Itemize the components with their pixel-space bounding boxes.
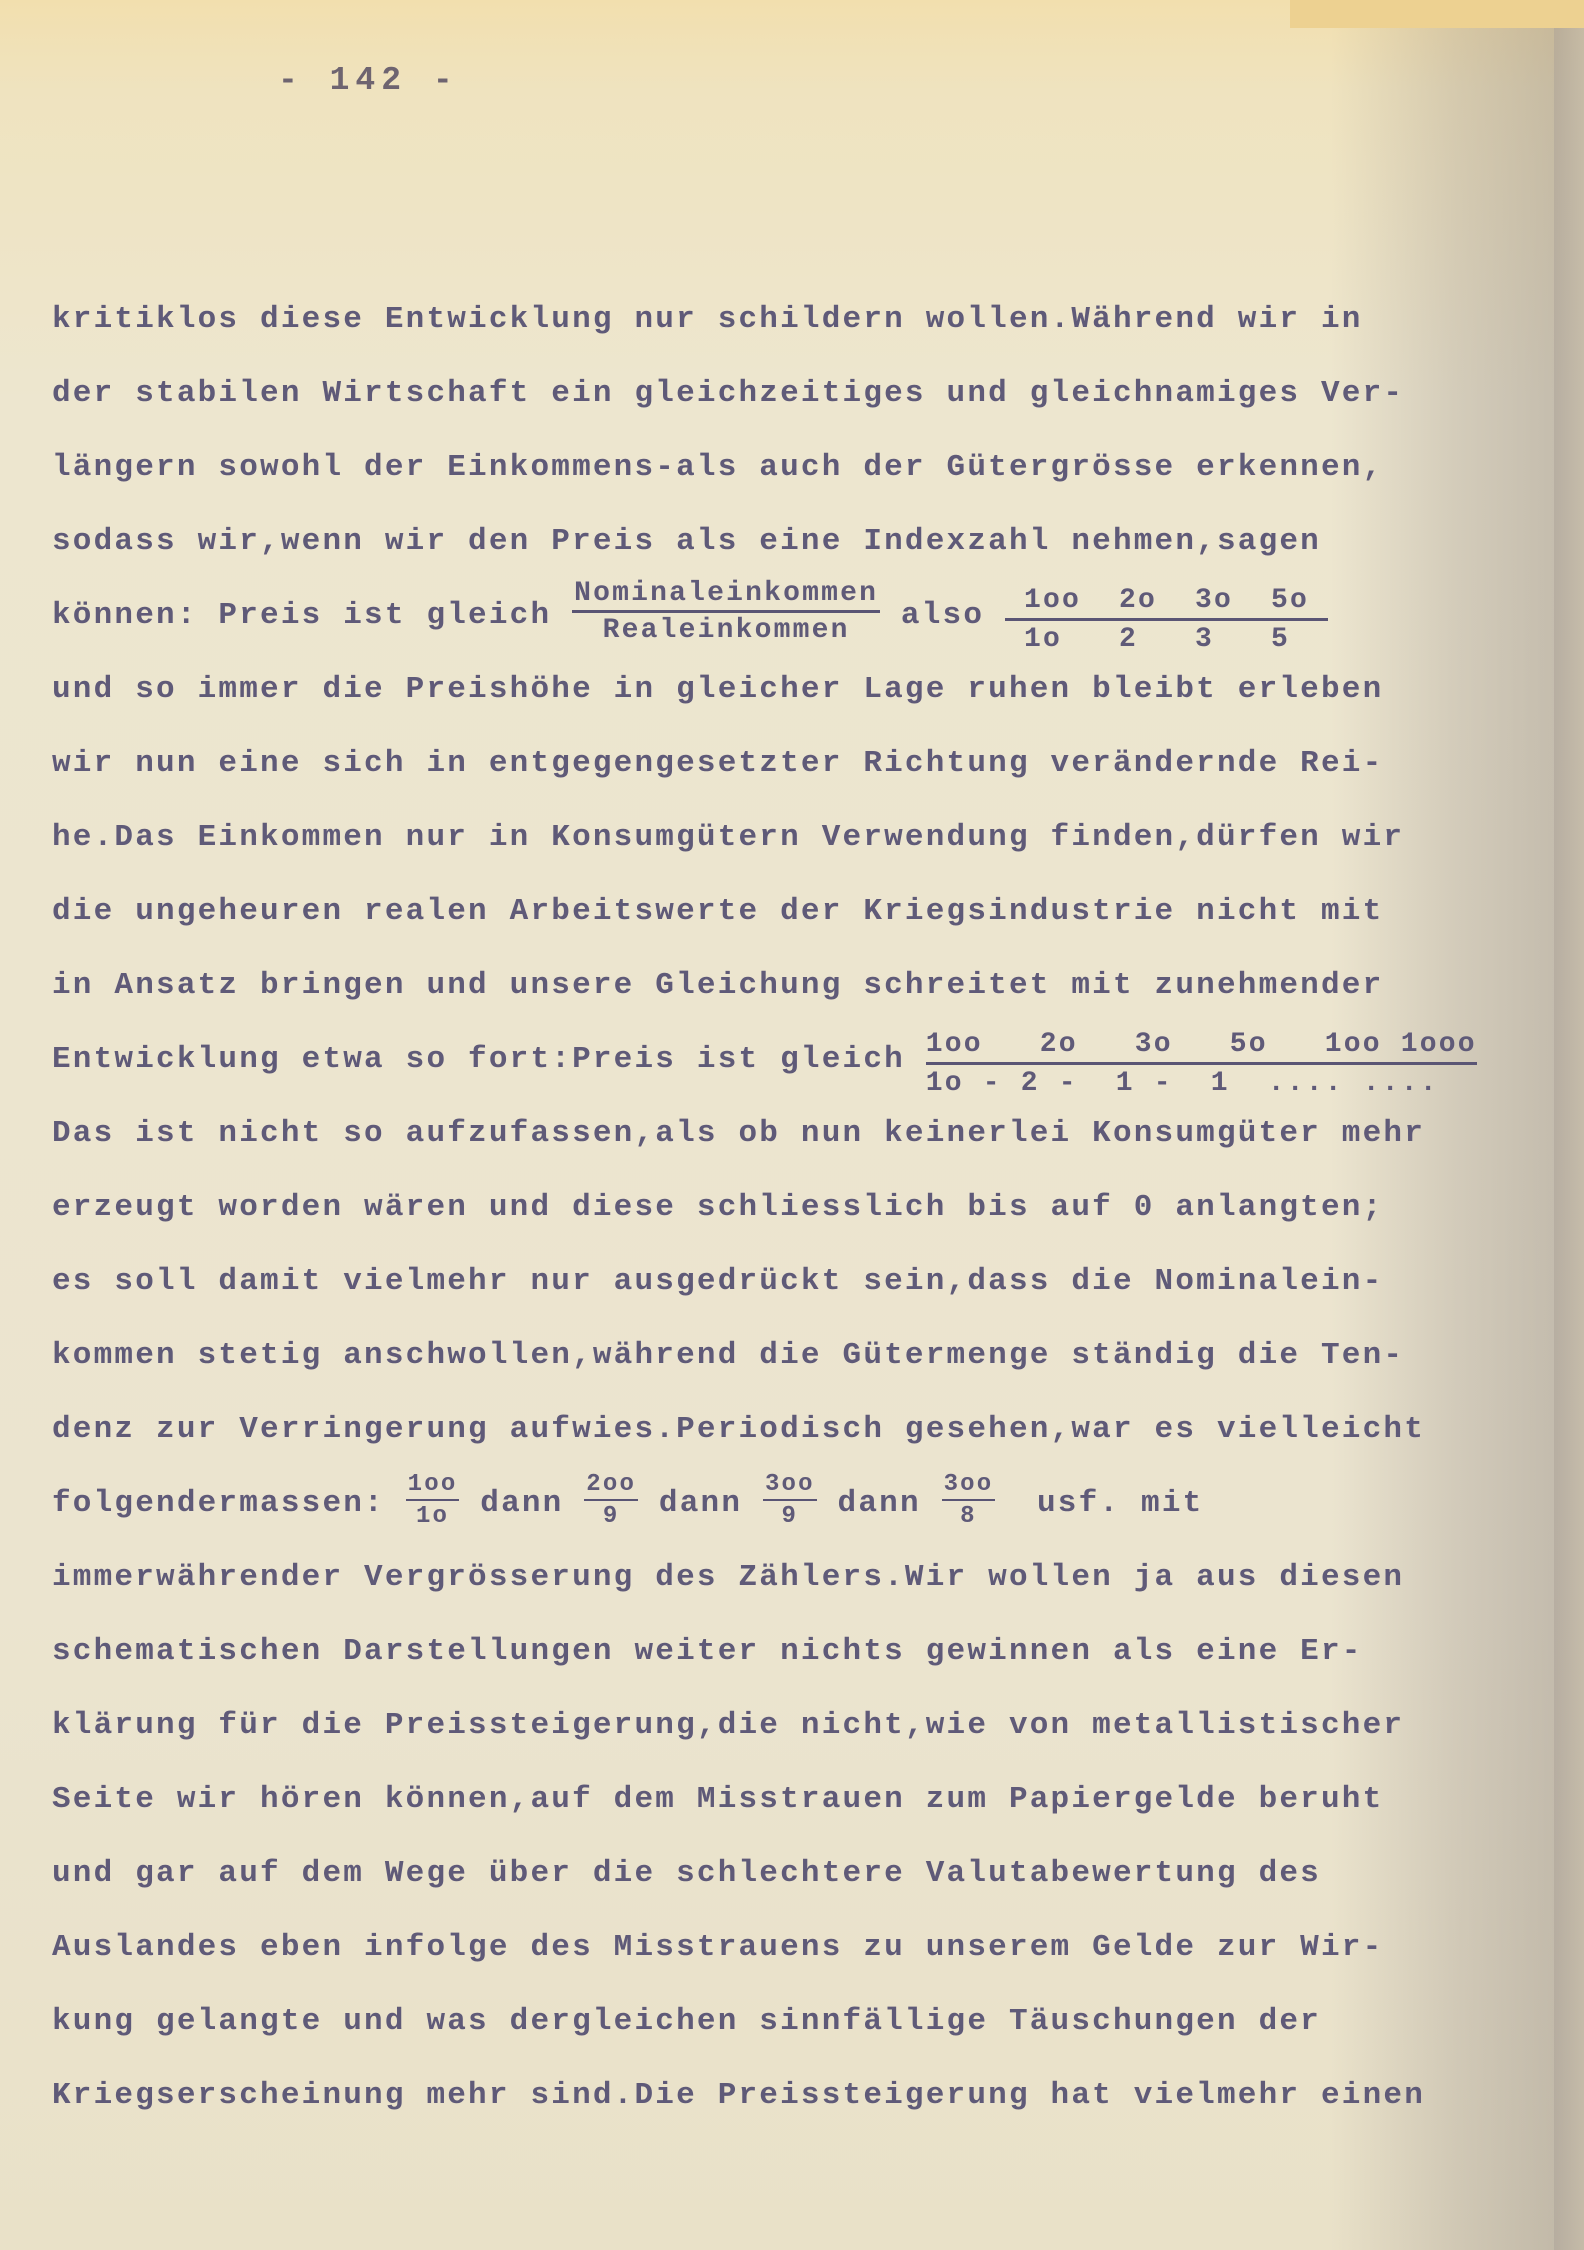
- formula-line-periodic: folgendermassen: 1oo1o dann 2oo9 dann 3o…: [52, 1467, 1532, 1541]
- text-line: immerwährender Vergrösserung des Zählers…: [52, 1541, 1532, 1615]
- fraction-denominator: 8: [942, 1501, 996, 1529]
- text-line: die ungeheuren realen Arbeitswerte der K…: [52, 875, 1532, 949]
- text-line: längern sowohl der Einkommens-als auch d…: [52, 431, 1532, 505]
- page-shadow-edge: [1554, 28, 1584, 2250]
- text-line: sodass wir,wenn wir den Preis als eine I…: [52, 505, 1532, 579]
- formula-connector: also: [880, 598, 1005, 633]
- formula-connector: dann: [817, 1486, 942, 1521]
- fraction-denominator: 1o: [406, 1501, 460, 1529]
- text-line: Kriegserscheinung mehr sind.Die Preisste…: [52, 2059, 1532, 2133]
- text-line: und gar auf dem Wege über die schlechter…: [52, 1837, 1532, 1911]
- document-page: - 142 - kritiklos diese Entwicklung nur …: [0, 0, 1584, 2250]
- scan-edge-band: [1290, 0, 1584, 28]
- page-number: - 142 -: [278, 62, 459, 99]
- fraction-nominal-over-real: NominaleinkommenRealeinkommen: [572, 580, 880, 645]
- formula-prefix: können: Preis ist gleich: [52, 598, 572, 633]
- fraction-denominator: 9: [763, 1501, 817, 1529]
- fraction: 1oo1o: [406, 1473, 460, 1529]
- text-line: Das ist nicht so aufzufassen,als ob nun …: [52, 1097, 1532, 1171]
- formula-prefix: Entwicklung etwa so fort:Preis ist gleic…: [52, 1042, 926, 1077]
- text-line: und so immer die Preishöhe in gleicher L…: [52, 653, 1532, 727]
- series-denominators: 1o - 2 - 1 - 1 .... ....: [926, 1065, 1477, 1098]
- fraction-numerator: 1oo: [406, 1473, 460, 1501]
- fraction: 2oo9: [584, 1473, 638, 1529]
- formula-connector: dann: [638, 1486, 763, 1521]
- text-line: kung gelangte und was dergleichen sinnfä…: [52, 1985, 1532, 2059]
- text-line: denz zur Verringerung aufwies.Periodisch…: [52, 1393, 1532, 1467]
- fraction-numerator: 3oo: [942, 1473, 996, 1501]
- formula-line-price-index: können: Preis ist gleich Nominaleinkomme…: [52, 579, 1532, 653]
- fraction: 3oo8: [942, 1473, 996, 1529]
- series-denominators: 1o 2 3 5: [1005, 621, 1328, 654]
- formula-line-progression: Entwicklung etwa so fort:Preis ist gleic…: [52, 1023, 1532, 1097]
- typewritten-body: kritiklos diese Entwicklung nur schilder…: [52, 283, 1532, 2133]
- fraction-series: 1oo 2o 3o 5o 1oo 1ooo1o - 2 - 1 - 1 ....…: [926, 1031, 1477, 1098]
- formula-prefix: folgendermassen:: [52, 1486, 406, 1521]
- fraction-series: 1oo 2o 3o 5o 1o 2 3 5: [1005, 587, 1328, 654]
- formula-suffix: usf. mit: [995, 1486, 1203, 1521]
- text-line: wir nun eine sich in entgegengesetzter R…: [52, 727, 1532, 801]
- text-line: klärung für die Preissteigerung,die nich…: [52, 1689, 1532, 1763]
- fraction-numerator: 3oo: [763, 1473, 817, 1501]
- text-line: in Ansatz bringen und unsere Gleichung s…: [52, 949, 1532, 1023]
- fraction-numerator: Nominaleinkommen: [572, 580, 880, 613]
- text-line: kritiklos diese Entwicklung nur schilder…: [52, 283, 1532, 357]
- text-line: kommen stetig anschwollen,während die Gü…: [52, 1319, 1532, 1393]
- series-numerators: 1oo 2o 3o 5o: [1005, 587, 1328, 621]
- fraction-denominator: Realeinkommen: [572, 613, 880, 645]
- fraction: 3oo9: [763, 1473, 817, 1529]
- fraction-numerator: 2oo: [584, 1473, 638, 1501]
- formula-connector: dann: [459, 1486, 584, 1521]
- text-line: der stabilen Wirtschaft ein gleichzeitig…: [52, 357, 1532, 431]
- text-line: schematischen Darstellungen weiter nicht…: [52, 1615, 1532, 1689]
- text-line: he.Das Einkommen nur in Konsumgütern Ver…: [52, 801, 1532, 875]
- text-line: Seite wir hören können,auf dem Misstraue…: [52, 1763, 1532, 1837]
- text-line: Auslandes eben infolge des Misstrauens z…: [52, 1911, 1532, 1985]
- text-line: erzeugt worden wären und diese schliessl…: [52, 1171, 1532, 1245]
- series-numerators: 1oo 2o 3o 5o 1oo 1ooo: [926, 1031, 1477, 1065]
- fraction-denominator: 9: [584, 1501, 638, 1529]
- text-line: es soll damit vielmehr nur ausgedrückt s…: [52, 1245, 1532, 1319]
